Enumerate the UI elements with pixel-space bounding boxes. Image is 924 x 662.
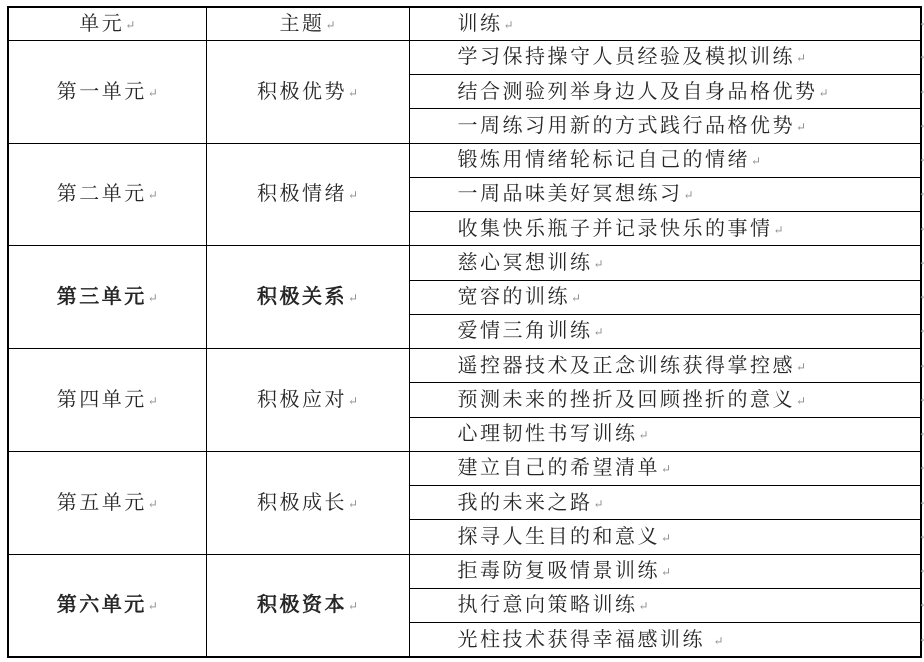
pilcrow-mark: ↵ [148, 188, 158, 202]
row-end-mark: ↵ [919, 566, 924, 577]
pilcrow-mark: ↵ [125, 18, 135, 32]
pilcrow-mark: ↵ [796, 360, 806, 374]
training-cell: 探寻人生目的和意义↵ [409, 520, 921, 554]
training-cell: 学习保持操守人员经验及模拟训练↵ [409, 40, 921, 74]
pilcrow-mark: ↵ [751, 154, 761, 168]
pilcrow-mark: ↵ [148, 497, 158, 511]
unit-label: 第一单元 [57, 81, 147, 103]
header-unit-label: 单元 [79, 13, 124, 35]
unit-cell: 第一单元↵ [8, 40, 206, 143]
training-cell: 光柱技术获得幸福感训练 ↵ [409, 623, 921, 658]
row-end-mark: ↵ [919, 87, 924, 98]
pilcrow-mark: ↵ [796, 120, 806, 134]
pilcrow-mark: ↵ [571, 291, 581, 305]
unit-label: 第四单元 [57, 389, 147, 411]
training-cell: 遥控器技术及正念训练获得掌控感↵ [409, 349, 921, 383]
pilcrow-mark: ↵ [639, 599, 649, 613]
table-row: 第五单元↵ 积极成长↵ 建立自己的希望清单↵ [8, 451, 921, 485]
pilcrow-mark: ↵ [661, 565, 671, 579]
pilcrow-mark: ↵ [348, 291, 358, 305]
header-cell-training: 训练↵ [409, 7, 921, 40]
row-end-mark: ↵ [919, 292, 924, 303]
theme-label: 积极关系 [257, 286, 347, 308]
training-label: 锻炼用情绪轮标记自己的情绪 [458, 149, 751, 171]
training-cell: 爱情三角训练↵ [409, 314, 921, 348]
training-label: 我的未来之路 [458, 492, 593, 514]
table-header-row: 单元↵ 主题↵ 训练↵ [8, 7, 921, 40]
training-label: 执行意向策略训练 [458, 594, 638, 616]
pilcrow-mark: ↵ [684, 188, 694, 202]
training-label: 光柱技术获得幸福感训练 [458, 629, 713, 651]
theme-cell: 积极应对↵ [206, 349, 409, 452]
row-end-mark: ↵ [919, 224, 924, 235]
table-row: 第二单元↵ 积极情绪↵ 锻炼用情绪轮标记自己的情绪↵ [8, 143, 921, 177]
document-page: 单元↵ 主题↵ 训练↵ 第一单元↵ 积极优势↵ 学习保持操守人员经验及模拟训练↵… [0, 0, 924, 662]
training-label: 慈心冥想训练 [458, 252, 593, 274]
training-label: 建立自己的希望清单 [458, 457, 661, 479]
pilcrow-mark: ↵ [594, 325, 604, 339]
unit-cell: 第二单元↵ [8, 143, 206, 246]
row-end-mark: ↵ [919, 52, 924, 63]
training-label: 探寻人生目的和意义 [458, 526, 661, 548]
training-cell: 收集快乐瓶子并记录快乐的事情↵ [409, 212, 921, 246]
training-label: 心理韧性书写训练 [458, 423, 638, 445]
training-cell: 一周品味美好冥想练习↵ [409, 177, 921, 211]
row-end-mark: ↵ [919, 635, 924, 646]
row-end-mark: ↵ [919, 395, 924, 406]
training-cell: 宽容的训练↵ [409, 280, 921, 314]
header-cell-unit: 单元↵ [8, 7, 206, 40]
theme-label: 积极应对 [257, 389, 347, 411]
pilcrow-mark: ↵ [348, 599, 358, 613]
pilcrow-mark: ↵ [594, 257, 604, 271]
training-cell: 结合测验列举身边人及自身品格优势↵ [409, 75, 921, 109]
row-end-mark: ↵ [919, 189, 924, 200]
training-label: 一周品味美好冥想练习 [458, 183, 683, 205]
theme-cell: 积极情绪↵ [206, 143, 409, 246]
pilcrow-mark: ↵ [796, 394, 806, 408]
row-end-mark: ↵ [919, 258, 924, 269]
header-cell-theme: 主题↵ [206, 7, 409, 40]
training-label: 宽容的训练 [458, 286, 571, 308]
pilcrow-mark: ↵ [148, 291, 158, 305]
pilcrow-mark: ↵ [594, 497, 604, 511]
pilcrow-mark: ↵ [348, 86, 358, 100]
pilcrow-mark: ↵ [348, 188, 358, 202]
pilcrow-mark: ↵ [148, 599, 158, 613]
unit-cell: 第三单元↵ [8, 246, 206, 349]
training-label: 爱情三角训练 [458, 320, 593, 342]
theme-label: 积极优势 [257, 81, 347, 103]
table-row: 第六单元↵ 积极资本↵ 拒毒防复吸情景训练↵ [8, 554, 921, 588]
training-label: 遥控器技术及正念训练获得掌控感 [458, 355, 796, 377]
table-row: 第四单元↵ 积极应对↵ 遥控器技术及正念训练获得掌控感↵ [8, 349, 921, 383]
training-cell: 拒毒防复吸情景训练↵ [409, 554, 921, 588]
unit-cell: 第五单元↵ [8, 451, 206, 554]
row-end-mark: ↵ [919, 361, 924, 372]
training-cell: 心理韧性书写训练↵ [409, 417, 921, 451]
pilcrow-mark: ↵ [661, 462, 671, 476]
pilcrow-mark: ↵ [148, 86, 158, 100]
table-row: 第三单元↵ 积极关系↵ 慈心冥想训练↵ [8, 246, 921, 280]
header-training-label: 训练 [458, 13, 503, 35]
pilcrow-mark: ↵ [774, 223, 784, 237]
unit-label: 第五单元 [57, 492, 147, 514]
row-end-mark: ↵ [919, 121, 924, 132]
pilcrow-mark: ↵ [504, 18, 514, 32]
pilcrow-mark: ↵ [661, 531, 671, 545]
unit-label: 第三单元 [57, 286, 147, 308]
training-cell: 执行意向策略训练↵ [409, 588, 921, 622]
pilcrow-mark: ↵ [348, 497, 358, 511]
unit-cell: 第四单元↵ [8, 349, 206, 452]
training-label: 结合测验列举身边人及自身品格优势 [458, 81, 818, 103]
pilcrow-mark: ↵ [148, 394, 158, 408]
pilcrow-mark: ↵ [714, 634, 724, 648]
pilcrow-mark: ↵ [796, 51, 806, 65]
training-label: 收集快乐瓶子并记录快乐的事情 [458, 218, 773, 240]
unit-label: 第二单元 [57, 183, 147, 205]
pilcrow-mark: ↵ [639, 428, 649, 442]
training-cell: 一周练习用新的方式践行品格优势↵ [409, 109, 921, 143]
row-end-mark: ↵ [919, 19, 924, 30]
header-theme-label: 主题 [279, 13, 324, 35]
theme-cell: 积极资本↵ [206, 554, 409, 657]
row-end-mark: ↵ [919, 155, 924, 166]
theme-cell: 积极优势↵ [206, 40, 409, 143]
training-cell: 预测未来的挫折及回顾挫折的意义↵ [409, 383, 921, 417]
row-end-mark: ↵ [919, 532, 924, 543]
row-end-mark: ↵ [919, 600, 924, 611]
training-label: 预测未来的挫折及回顾挫折的意义 [458, 389, 796, 411]
theme-cell: 积极关系↵ [206, 246, 409, 349]
training-label: 学习保持操守人员经验及模拟训练 [458, 46, 796, 68]
pilcrow-mark: ↵ [819, 86, 829, 100]
training-cell: 建立自己的希望清单↵ [409, 451, 921, 485]
training-cell: 锻炼用情绪轮标记自己的情绪↵ [409, 143, 921, 177]
unit-cell: 第六单元↵ [8, 554, 206, 657]
unit-label: 第六单元 [57, 594, 147, 616]
row-end-mark: ↵ [919, 429, 924, 440]
theme-label: 积极资本 [257, 594, 347, 616]
theme-label: 积极成长 [257, 492, 347, 514]
training-label: 拒毒防复吸情景训练 [458, 560, 661, 582]
theme-cell: 积极成长↵ [206, 451, 409, 554]
training-cell: 我的未来之路↵ [409, 486, 921, 520]
table-row: 第一单元↵ 积极优势↵ 学习保持操守人员经验及模拟训练↵ [8, 40, 921, 74]
curriculum-table: 单元↵ 主题↵ 训练↵ 第一单元↵ 积极优势↵ 学习保持操守人员经验及模拟训练↵… [7, 6, 922, 658]
row-end-mark: ↵ [919, 463, 924, 474]
training-cell: 慈心冥想训练↵ [409, 246, 921, 280]
row-end-mark: ↵ [919, 326, 924, 337]
training-label: 一周练习用新的方式践行品格优势 [458, 115, 796, 137]
pilcrow-mark: ↵ [325, 18, 335, 32]
theme-label: 积极情绪 [257, 183, 347, 205]
pilcrow-mark: ↵ [348, 394, 358, 408]
row-end-mark: ↵ [919, 498, 924, 509]
